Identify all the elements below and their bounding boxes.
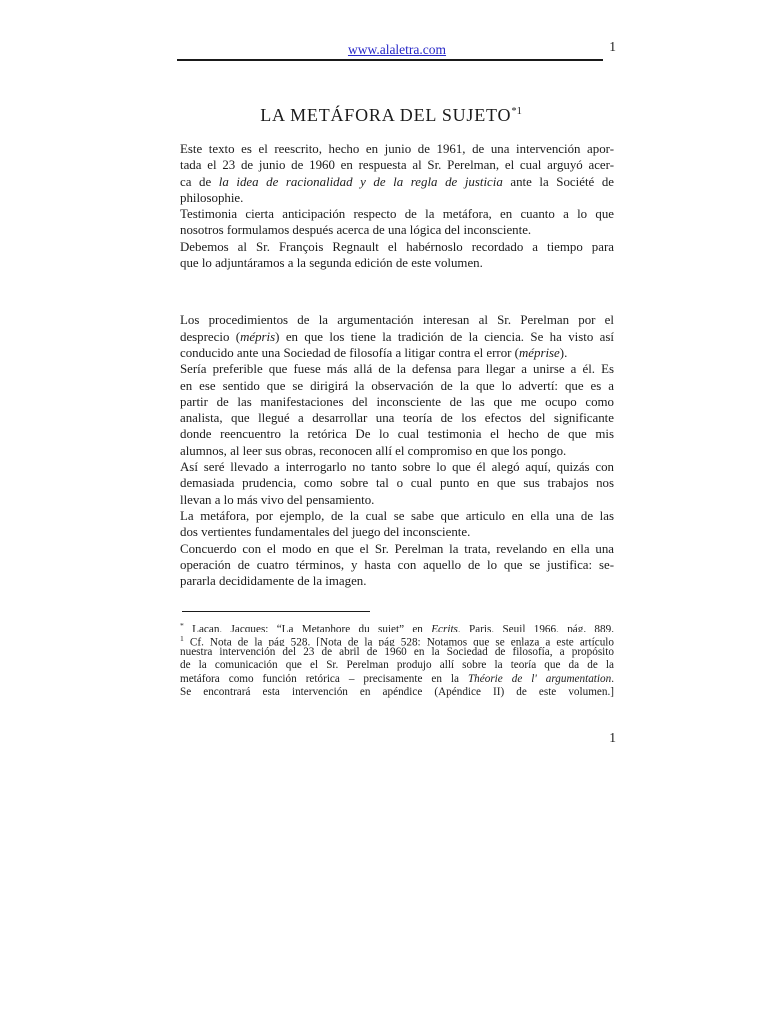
italic-text: Théorie de l' argumentation — [468, 673, 611, 685]
italic-text: méprise — [519, 346, 560, 360]
header-rule — [177, 59, 603, 61]
text-segment: conducido ante una Sociedad de filosofía… — [180, 346, 519, 360]
text-line: nosotros formulamos después acerca de un… — [180, 222, 614, 238]
footnote: 1 Cf. Nota de la pág 528. [Nota de la pá… — [180, 632, 614, 699]
paragraph: La metáfora, por ejemplo, de la cual se … — [180, 508, 614, 541]
text-line: pararla decididamente de la imagen. — [180, 573, 614, 589]
text-line: llevan a lo más vivo del pensamiento. — [180, 492, 614, 508]
text-segment: en ese sentido que se dirigirá la observ… — [180, 379, 614, 393]
text-line: nuestra intervención del 23 de abril de … — [180, 646, 614, 659]
text-line: ca de la idea de racionalidad y de la re… — [180, 174, 614, 190]
footnote-separator — [182, 611, 370, 612]
text-line: de la comunicación que el Sr. Perelman p… — [180, 659, 614, 672]
text-segment: ante la Société de — [503, 175, 614, 189]
text-line: que lo adjuntáramos a la segunda edición… — [180, 255, 614, 271]
text-line: Concuerdo con el modo en que el Sr. Pere… — [180, 541, 614, 557]
footnote-marker: 1 — [180, 634, 184, 643]
paragraph: Testimonia cierta anticipación respecto … — [180, 206, 614, 239]
text-segment: philosophie. — [180, 191, 243, 205]
text-line: tada el 23 de junio de 1960 en respuesta… — [180, 157, 614, 173]
footnote: * Lacan, Jacques: “La Metaphore du sujet… — [180, 619, 614, 632]
text-line: desprecio (mépris) en que los tiene la t… — [180, 329, 614, 345]
text-line: 1 Cf. Nota de la pág 528. [Nota de la pá… — [180, 632, 614, 645]
text-segment: donde reencuentro la retórica De lo cual… — [180, 427, 614, 441]
text-line: * Lacan, Jacques: “La Metaphore du sujet… — [180, 619, 614, 632]
page-header: www.alaletra.com 1 — [180, 42, 614, 60]
text-line: Testimonia cierta anticipación respecto … — [180, 206, 614, 222]
paragraph: Los procedimientos de la argumentación i… — [180, 312, 614, 361]
text-line: donde reencuentro la retórica De lo cual… — [180, 426, 614, 442]
text-line: Así seré llevado a interrogarlo no tanto… — [180, 459, 614, 475]
paragraph: Este texto es el reescrito, hecho en jun… — [180, 141, 614, 206]
header-link[interactable]: www.alaletra.com — [180, 42, 614, 58]
footnotes-section: * Lacan, Jacques: “La Metaphore du sujet… — [180, 619, 614, 699]
text-segment: de la comunicación que el Sr. Perelman p… — [180, 659, 614, 671]
paragraph: Debemos al Sr. François Regnault el habé… — [180, 239, 614, 272]
text-segment: Sería preferible que fuese más allá de l… — [180, 362, 614, 376]
text-line: Este texto es el reescrito, hecho en jun… — [180, 141, 614, 157]
italic-text: la idea de racionalidad y de la regla de… — [219, 175, 503, 189]
text-segment: alumnos, al leer sus obras, reconocen al… — [180, 444, 566, 458]
text-segment: partir de las manifestaciones del incons… — [180, 395, 614, 409]
header-page-number: 1 — [609, 39, 616, 55]
text-segment: Así seré llevado a interrogarlo no tanto… — [180, 460, 614, 474]
text-segment: La metáfora, por ejemplo, de la cual se … — [180, 509, 614, 523]
text-line: alumnos, al leer sus obras, reconocen al… — [180, 443, 614, 459]
text-line: conducido ante una Sociedad de filosofía… — [180, 345, 614, 361]
text-segment: llevan a lo más vivo del pensamiento. — [180, 493, 374, 507]
document-page: www.alaletra.com 1 LA METÁFORA DEL SUJET… — [0, 0, 768, 1024]
document-body: Este texto es el reescrito, hecho en jun… — [180, 141, 614, 589]
text-line: Se encontrará esta intervención en apénd… — [180, 686, 614, 699]
text-segment: Cf. Nota de la pág 528. [Nota de la pág … — [190, 637, 614, 646]
text-line: Sería preferible que fuese más allá de l… — [180, 361, 614, 377]
text-line: metáfora como función retórica – precisa… — [180, 673, 614, 686]
text-segment: ca de — [180, 175, 219, 189]
text-segment: tada el 23 de junio de 1960 en respuesta… — [180, 158, 614, 172]
text-line: partir de las manifestaciones del incons… — [180, 394, 614, 410]
text-segment: Se encontrará esta intervención en apénd… — [180, 686, 614, 698]
text-segment: operación de cuatro términos, y hasta co… — [180, 558, 614, 572]
document-title: LA METÁFORA DEL SUJETO*1 — [168, 102, 614, 125]
text-segment: Testimonia cierta anticipación respecto … — [180, 207, 614, 221]
text-segment: ). — [560, 346, 568, 360]
title-footnote-marker: *1 — [511, 106, 522, 117]
paragraph: Así seré llevado a interrogarlo no tanto… — [180, 459, 614, 508]
text-line: Debemos al Sr. François Regnault el habé… — [180, 239, 614, 255]
text-segment: Este texto es el reescrito, hecho en jun… — [180, 142, 614, 156]
text-segment: Debemos al Sr. François Regnault el habé… — [180, 240, 614, 254]
text-line: dos vertientes fundamentales del juego d… — [180, 524, 614, 540]
text-line: operación de cuatro términos, y hasta co… — [180, 557, 614, 573]
italic-text: mépris — [240, 330, 275, 344]
text-line: analista, que llegué a desarrollar una t… — [180, 410, 614, 426]
title-text: LA METÁFORA DEL SUJETO — [260, 105, 511, 125]
text-line: Los procedimientos de la argumentación i… — [180, 312, 614, 328]
text-segment: que lo adjuntáramos a la segunda edición… — [180, 256, 483, 270]
text-segment: dos vertientes fundamentales del juego d… — [180, 525, 470, 539]
paragraph: Concuerdo con el modo en que el Sr. Pere… — [180, 541, 614, 590]
text-line: en ese sentido que se dirigirá la observ… — [180, 378, 614, 394]
text-segment: demasiada prudencia, como sobre tal o cu… — [180, 476, 614, 490]
text-segment: analista, que llegué a desarrollar una t… — [180, 411, 614, 425]
paragraph: Sería preferible que fuese más allá de l… — [180, 361, 614, 459]
text-segment: Lacan, Jacques: “La Metaphore du sujet” … — [192, 624, 431, 633]
text-segment: Concuerdo con el modo en que el Sr. Pere… — [180, 542, 614, 556]
text-segment: Los procedimientos de la argumentación i… — [180, 313, 614, 327]
footnote-marker: * — [180, 621, 184, 630]
footer-page-number: 1 — [180, 730, 616, 746]
text-segment: nuestra intervención del 23 de abril de … — [180, 646, 614, 658]
text-segment: pararla decididamente de la imagen. — [180, 574, 366, 588]
text-segment: desprecio ( — [180, 330, 240, 344]
text-line: demasiada prudencia, como sobre tal o cu… — [180, 475, 614, 491]
text-segment: . — [611, 673, 614, 685]
text-line: philosophie. — [180, 190, 614, 206]
text-segment: , Paris, Seuil 1966, pág. 889. — [458, 624, 614, 633]
text-segment: metáfora como función retórica – precisa… — [180, 673, 468, 685]
text-segment: nosotros formulamos después acerca de un… — [180, 223, 531, 237]
italic-text: Ecrits — [431, 624, 458, 633]
text-line: La metáfora, por ejemplo, de la cual se … — [180, 508, 614, 524]
text-segment: ) en que los tiene la tradición de la ci… — [275, 330, 614, 344]
